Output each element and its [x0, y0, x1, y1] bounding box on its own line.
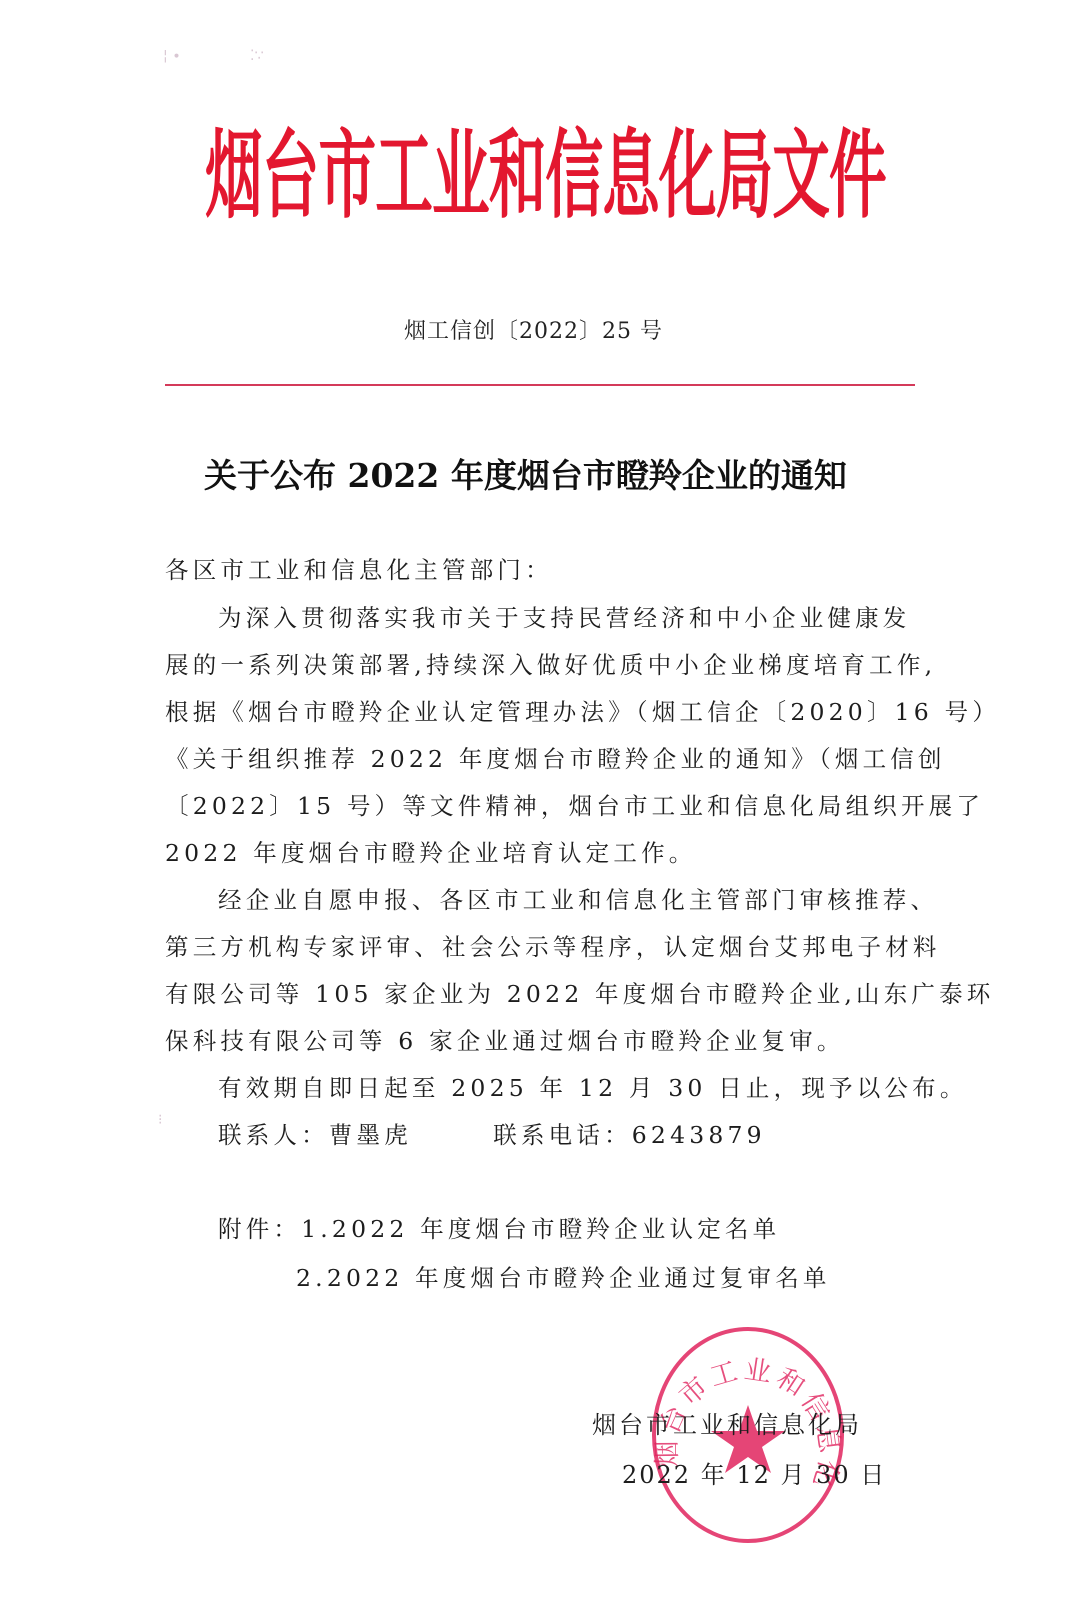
body-line: 根据《烟台市瞪羚企业认定管理办法》（烟工信企〔2020〕16 号）: [165, 698, 910, 726]
scan-artifact: ⁝: [158, 1112, 162, 1128]
body-line: 2022 年度烟台市瞪羚企业培育认定工作。: [165, 839, 910, 867]
body-line: 有限公司等 105 家企业为 2022 年度烟台市瞪羚企业,山东广泰环: [165, 980, 910, 1008]
attachments-label: 附件：: [218, 1215, 301, 1243]
attachment-item: 2.2022 年度烟台市瞪羚企业通过复审名单: [296, 1264, 1041, 1292]
body-line: 《关于组织推荐 2022 年度烟台市瞪羚企业的通知》（烟工信创: [165, 745, 910, 773]
document-number: 烟工信创〔2022〕25 号: [404, 314, 663, 345]
body-line: 保科技有限公司等 6 家企业通过烟台市瞪羚企业复审。: [165, 1027, 910, 1055]
body-line: 展的一系列决策部署,持续深入做好优质中小企业梯度培育工作,: [165, 651, 910, 679]
contact-person: 曹墨虎: [329, 1121, 412, 1149]
attachment-line: 附件：1.2022 年度烟台市瞪羚企业认定名单: [218, 1215, 963, 1243]
contact-phone: 6243879: [632, 1121, 766, 1149]
red-divider-rule: [165, 384, 915, 386]
issuer-signature: 烟台市工业和信息化局: [592, 1405, 862, 1440]
issuer-banner-text: 烟台市工业和信息化局文件: [205, 128, 828, 224]
body-line: 为深入贯彻落实我市关于支持民营经济和中小企业健康发: [218, 604, 963, 632]
body-line: 经企业自愿申报、各区市工业和信息化主管部门审核推荐、: [218, 886, 963, 914]
issue-date: 2022 年 12 月 30 日: [622, 1455, 886, 1490]
contact-person-label: 联系人：: [218, 1121, 329, 1149]
salutation: 各区市工业和信息化主管部门：: [165, 556, 910, 584]
body-line: 〔2022〕15 号）等文件精神，烟台市工业和信息化局组织开展了: [165, 792, 910, 820]
attachment-item: 1.2022 年度烟台市瞪羚企业认定名单: [301, 1215, 780, 1243]
notice-title: 关于公布 2022 年度烟台市瞪羚企业的通知: [204, 450, 847, 497]
validity-line: 有效期自即日起至 2025 年 12 月 30 日止，现予以公布。: [218, 1074, 963, 1102]
body-line: 第三方机构专家评审、社会公示等程序，认定烟台艾邦电子材料: [165, 933, 910, 961]
issuer-banner: 烟台市工业和信息化局文件: [205, 128, 875, 248]
contact-line: 联系人：曹墨虎 联系电话：6243879: [218, 1121, 963, 1149]
scan-artifact: ¦ ∙: [163, 48, 181, 64]
contact-phone-label: 联系电话：: [493, 1121, 632, 1149]
scan-artifact: ⁚∵: [250, 48, 263, 64]
